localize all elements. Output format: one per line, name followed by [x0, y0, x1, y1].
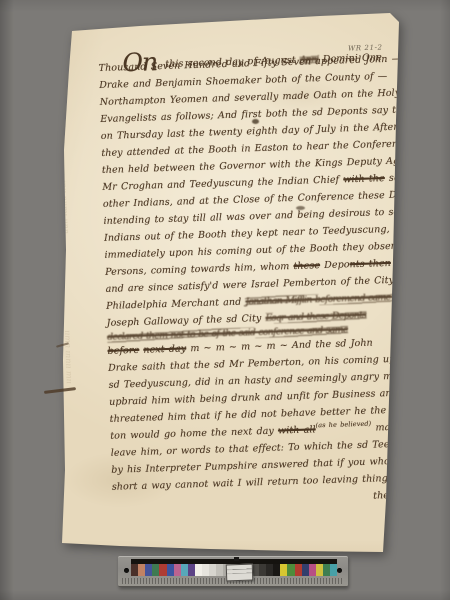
- manuscript-segment: Depo: [320, 259, 350, 271]
- color-patch: [287, 564, 294, 576]
- color-patch: [273, 564, 280, 576]
- color-patch: [209, 564, 216, 576]
- color-patch: [145, 564, 152, 576]
- struck-segment: with the: [343, 173, 385, 185]
- color-patch: [216, 564, 223, 576]
- color-patch: [202, 564, 209, 576]
- color-patch: [323, 564, 330, 576]
- color-patch: [174, 564, 181, 576]
- color-patch: [302, 564, 309, 576]
- strip-notch: [234, 557, 239, 561]
- manuscript-segment: believed: [391, 256, 437, 268]
- manuscript-text: On this second day of August Anni Domini…: [98, 37, 413, 516]
- manuscript-segment: several: [385, 172, 425, 184]
- color-patch: [266, 564, 273, 576]
- color-patch: [309, 564, 316, 576]
- struck-segment: next day: [143, 343, 186, 355]
- mounting-hole: [124, 568, 129, 573]
- color-calibration-target: [118, 556, 348, 587]
- color-patch: [138, 564, 145, 576]
- color-patch: [188, 564, 195, 576]
- color-patch: [167, 564, 174, 576]
- color-patch: [195, 564, 202, 576]
- color-patch: [316, 564, 323, 576]
- color-patch: [181, 564, 188, 576]
- struck-segment: with all: [278, 424, 316, 436]
- struck-segment: aforesaid: [425, 270, 450, 279]
- color-patch: [259, 564, 266, 576]
- color-patch: [280, 564, 287, 576]
- color-patch: [159, 564, 166, 576]
- archival-pencil-mark: WR 21-2: [348, 43, 383, 52]
- struck-segment: Esqr and these Deponts: [265, 310, 366, 324]
- photograph-of-manuscript: WR 21-2 On this second day of August Ann…: [0, 0, 450, 600]
- calibration-label-tag: [226, 564, 254, 582]
- struck-segment: before: [107, 345, 139, 357]
- struck-segment: Anni: [300, 54, 319, 66]
- manuscript-page: WR 21-2 On this second day of August Ann…: [0, 0, 450, 600]
- color-patch: [131, 564, 138, 576]
- struck-segment: nts then: [349, 258, 391, 270]
- color-patch: [295, 564, 302, 576]
- struck-segment: these: [293, 260, 320, 272]
- ink-blot: [252, 119, 259, 124]
- ink-bleedthrough: ıımn ınnıı mıı: [63, 330, 74, 384]
- mounting-hole: [337, 568, 342, 573]
- ink-blot: [296, 206, 305, 210]
- struck-segment: (as he believed): [315, 420, 371, 430]
- manuscript-segment: they —: [373, 489, 408, 501]
- opening-initial: On: [122, 47, 158, 77]
- color-patch: [152, 564, 159, 576]
- paper-shadow-wrap: WR 21-2 On this second day of August Ann…: [0, 0, 450, 600]
- ink-bleedthrough: ınıı nıımı ıınn: [59, 180, 71, 234]
